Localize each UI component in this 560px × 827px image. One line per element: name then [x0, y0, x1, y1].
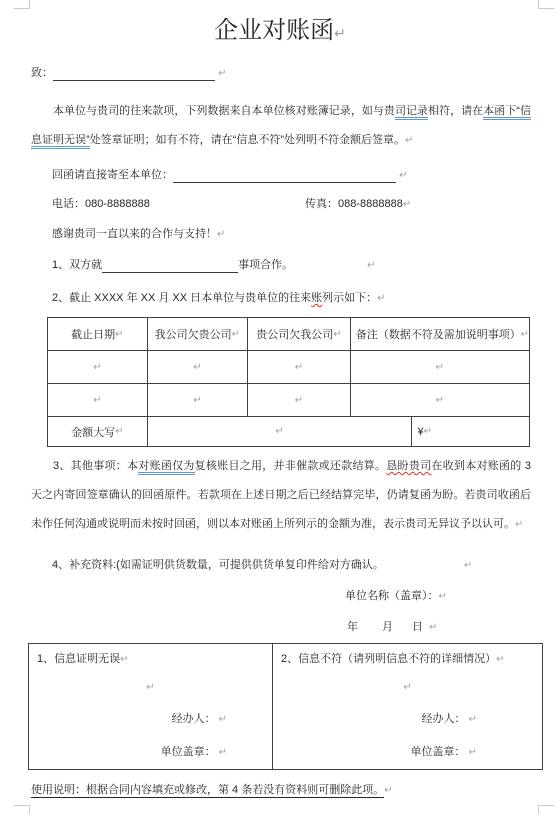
pilcrow-icon: ↵ [384, 785, 392, 796]
amount-label: 金额大写 [71, 424, 115, 440]
pilcrow-icon: ↵ [469, 747, 477, 758]
spelling-flagged-text: 账 [311, 292, 322, 304]
handler-label: 经办人： [172, 713, 216, 725]
empty-cell[interactable]: ↵ [48, 384, 148, 416]
contact-line: 电话：080-8888888传真：088-8888888↵ [52, 197, 530, 211]
confirmation-table: 1、信息证明无误↵ ↵ 经办人： ↵ 单位盖章： ↵ 2、信息不符（请列明信息不… [28, 643, 543, 770]
handler-label: 经办人： [422, 713, 466, 725]
pilcrow-icon: ↵ [439, 591, 447, 602]
recipient-label: 致： [31, 67, 53, 79]
pilcrow-icon: ↵ [436, 395, 444, 406]
confirm-ok-title: 1、信息证明无误↵ [29, 650, 272, 666]
grammar-flagged-text: 对账函仅为 [138, 460, 194, 475]
pilcrow-icon: ↵ [424, 426, 432, 437]
item-4-line: 4、补充资料:(如需证明供货数量，可提供供货单复印件给对方确认。↵ [52, 558, 472, 573]
pilcrow-icon: ↵ [403, 682, 411, 693]
header-text: 我公司欠贵公司 [155, 326, 232, 342]
day-label: 日 [412, 621, 423, 633]
pilcrow-icon: ↵ [115, 329, 123, 340]
empty-cell[interactable]: ↵ [48, 351, 148, 383]
mail-label: 回函请直接寄至本单位： [52, 169, 173, 181]
unit-name-label: 单位名称（盖章）： [345, 590, 439, 602]
empty-cell[interactable]: ↵ [148, 351, 249, 383]
pilcrow-icon: ↵ [115, 426, 123, 437]
page-margin-mark [14, 0, 30, 9]
item1-prefix: 1、双方就 [52, 259, 102, 271]
intro-text: 处签章证明；如有不符，请在“信息不符”处列明不符金额后签章。 [90, 134, 405, 146]
header-cell-remarks: 备注（数据不符及需加说明事项）↵ [351, 318, 529, 350]
spelling-flagged-text: 恳盼贵司 [386, 460, 431, 472]
item2-text: 列示如下： [322, 292, 377, 304]
pilcrow-icon: ↵ [120, 654, 128, 665]
item-1-line: 1、双方就事项合作。↵ [52, 258, 376, 273]
thanks-text: 感谢贵司一直以来的合作与支持！ [52, 228, 217, 240]
confirm-mismatch-cell[interactable]: 2、信息不符（请列明信息不符的详细情况）↵ ↵ 经办人： ↵ 单位盖章： ↵ [273, 644, 542, 769]
pilcrow-icon: ↵ [429, 622, 437, 633]
amount-figure-cell[interactable]: ¥↵ [412, 417, 529, 446]
header-cell-we-owe: 我公司欠贵公司↵ [148, 318, 249, 350]
pilcrow-icon: ↵ [496, 654, 504, 665]
pilcrow-icon: ↵ [93, 362, 101, 373]
item3-text: 3、其他事项：本 [53, 460, 138, 472]
empty-cell[interactable]: ↵ [248, 351, 351, 383]
date-line: 年月日↵ [347, 620, 437, 635]
header-text: 截止日期 [71, 326, 115, 342]
seal-label: 单位盖章： [411, 746, 466, 758]
fax-label: 传真：088-8888888↵ [305, 197, 411, 212]
pilcrow-icon: ↵ [275, 426, 283, 437]
phone-label: 电话：080-8888888 [52, 198, 150, 210]
pilcrow-icon: ↵ [193, 362, 201, 373]
handler-line: 经办人： ↵ [29, 710, 272, 726]
item4-text: 4、补充资料:(如需证明供货数量，可提供供货单复印件给对方确认。 [52, 559, 384, 571]
seal-line: 单位盖章： ↵ [29, 743, 272, 759]
empty-line: ↵ [29, 681, 272, 693]
item1-blank[interactable] [102, 260, 238, 273]
pilcrow-icon: ↵ [515, 519, 523, 530]
header-text: 备注（数据不符及需加说明事项） [356, 326, 521, 342]
pilcrow-icon: ↵ [403, 199, 411, 210]
table-header-row: 截止日期↵ 我公司欠贵公司↵ 贵公司欠我公司↵ 备注（数据不符及需加说明事项）↵ [48, 318, 529, 351]
usage-note-text: 使用说明：根据合同内容填充或修改，第 4 条若没有资料则可删除此项。 [31, 784, 384, 798]
empty-cell[interactable]: ↵ [248, 384, 351, 416]
pilcrow-icon: ↵ [217, 229, 225, 240]
pilcrow-icon: ↵ [521, 329, 529, 340]
amount-words-cell[interactable]: ↵ [148, 417, 413, 446]
pilcrow-icon: ↵ [367, 260, 375, 271]
amount-label-cell: 金额大写↵ [48, 417, 148, 446]
balance-table: 截止日期↵ 我公司欠贵公司↵ 贵公司欠我公司↵ 备注（数据不符及需加说明事项）↵… [47, 317, 530, 447]
pilcrow-icon: ↵ [146, 682, 154, 693]
header-cell-date: 截止日期↵ [48, 318, 148, 350]
pilcrow-icon: ↵ [377, 293, 385, 304]
empty-cell[interactable]: ↵ [351, 384, 529, 416]
item1-suffix: 事项合作。 [238, 259, 293, 271]
mail-line: 回函请直接寄至本单位： ↵ [52, 168, 407, 183]
confirm-ok-text: 1、信息证明无误 [37, 653, 120, 665]
table-row: ↵ ↵ ↵ ↵ [48, 384, 529, 417]
header-text: 贵公司欠我公司 [256, 326, 333, 342]
confirm-ok-cell[interactable]: 1、信息证明无误↵ ↵ 经办人： ↵ 单位盖章： ↵ [29, 644, 273, 769]
pilcrow-icon: ↵ [334, 26, 346, 42]
pilcrow-icon: ↵ [295, 395, 303, 406]
item-2-line: 2、截止 XXXX 年 XX 月 XX 日本单位与贵单位的往来账列示如下：↵ [52, 291, 386, 306]
item3-text: 复核账目之用，并非催款或还款结算。 [195, 460, 387, 472]
mail-address-blank[interactable] [173, 170, 396, 183]
empty-cell[interactable]: ↵ [148, 384, 249, 416]
page-margin-mark [538, 0, 554, 9]
pilcrow-icon: ↵ [436, 362, 444, 373]
pilcrow-icon: ↵ [219, 714, 227, 725]
pilcrow-icon: ↵ [219, 747, 227, 758]
amount-row: 金额大写↵ ↵ ¥↵ [48, 417, 529, 446]
confirm-mismatch-text: 2、信息不符（请列明信息不符的详细情况） [281, 653, 496, 665]
pilcrow-icon: ↵ [469, 714, 477, 725]
usage-note: 使用说明：根据合同内容填充或修改，第 4 条若没有资料则可删除此项。↵ [31, 783, 393, 798]
pilcrow-icon: ↵ [218, 68, 226, 79]
thanks-line: 感谢贵司一直以来的合作与支持！↵ [52, 227, 225, 242]
intro-paragraph: 本单位与贵司的往来款项，下列数据来自本单位核对账簿记录，如与贵司记录相符，请在本… [31, 97, 531, 155]
empty-cell[interactable]: ↵ [351, 351, 529, 383]
recipient-blank[interactable] [53, 68, 215, 81]
month-label: 月 [382, 621, 393, 633]
pilcrow-icon: ↵ [464, 560, 472, 571]
document-page: 企业对账函↵ 致： ↵ 本单位与贵司的往来款项，下列数据来自本单位核对账簿记录，… [0, 0, 560, 827]
other-matters-paragraph: 3、其他事项：本对账函仅为复核账目之用，并非催款或还款结算。恳盼贵司在收到本对账… [31, 452, 531, 539]
seal-line: 单位盖章： ↵ [273, 743, 542, 759]
pilcrow-icon: ↵ [295, 362, 303, 373]
page-title: 企业对账函↵ [0, 14, 560, 51]
pilcrow-icon: ↵ [333, 329, 341, 340]
intro-text: 相符，请在 [428, 105, 483, 117]
empty-line: ↵ [273, 681, 542, 693]
item2-text: 2、截止 XXXX 年 XX 月 XX 日本单位与贵单位的往来 [52, 292, 311, 304]
pilcrow-icon: ↵ [405, 135, 413, 146]
page-margin-mark [538, 805, 554, 814]
pilcrow-icon: ↵ [232, 329, 240, 340]
pilcrow-icon: ↵ [399, 170, 407, 181]
grammar-flagged-text: 司记录 [395, 105, 428, 120]
confirm-mismatch-title: 2、信息不符（请列明信息不符的详细情况）↵ [273, 650, 542, 666]
intro-text: 本单位与贵司的往来款项，下列数据来自本单位核对账簿记录，如与贵 [53, 105, 395, 117]
pilcrow-icon: ↵ [93, 395, 101, 406]
handler-line: 经办人： ↵ [273, 710, 542, 726]
page-title-text: 企业对账函 [214, 17, 334, 44]
year-label: 年 [347, 621, 358, 633]
unit-name-line: 单位名称（盖章）：↵ [345, 589, 447, 604]
pilcrow-icon: ↵ [193, 395, 201, 406]
table-row: ↵ ↵ ↵ ↵ [48, 351, 529, 384]
header-cell-they-owe: 贵公司欠我公司↵ [248, 318, 351, 350]
seal-label: 单位盖章： [161, 746, 216, 758]
page-margin-mark [14, 805, 30, 814]
recipient-line: 致： ↵ [31, 66, 226, 81]
fax-text: 传真：088-8888888 [305, 198, 403, 210]
